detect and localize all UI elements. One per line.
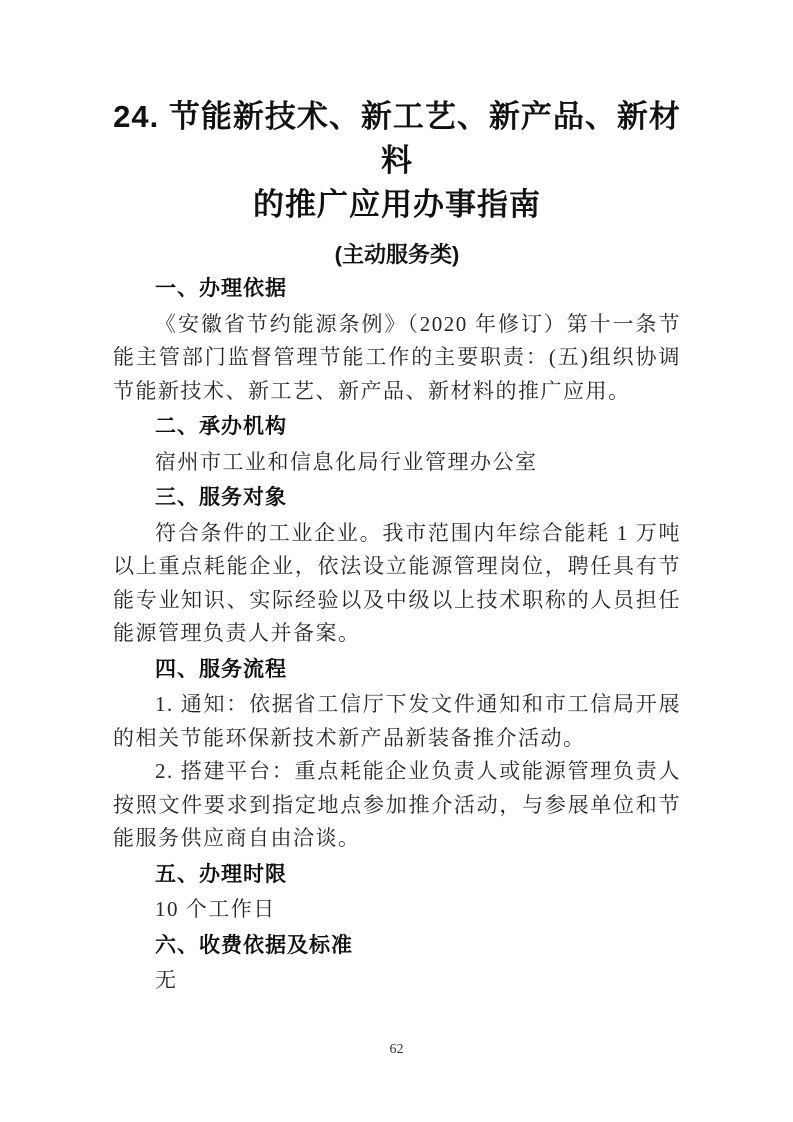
title-line-1: 24. 节能新技术、新工艺、新产品、新材料 bbox=[113, 95, 681, 183]
section-fee-basis-standard: 六、收费依据及标准 无 bbox=[113, 929, 681, 998]
paragraph: 宿州市工业和信息化局行业管理办公室 bbox=[113, 446, 681, 480]
section-time-limit: 五、办理时限 10 个工作日 bbox=[113, 858, 681, 927]
section-undertaking-agency: 二、承办机构 宿州市工业和信息化局行业管理办公室 bbox=[113, 410, 681, 479]
paragraph: 2. 搭建平台：重点耗能企业负责人或能源管理负责人按照文件要求到指定地点参加推介… bbox=[113, 755, 681, 856]
section-service-process: 四、服务流程 1. 通知：依据省工信厅下发文件通知和市工信局开展的相关节能环保新… bbox=[113, 653, 681, 856]
paragraph: 无 bbox=[113, 964, 681, 998]
document-title: 24. 节能新技术、新工艺、新产品、新材料 的推广应用办事指南 bbox=[113, 95, 681, 227]
document-subtitle: (主动服务类) bbox=[113, 240, 681, 270]
paragraph: 《安徽省节约能源条例》（2020 年修订）第十一条节能主管部门监督管理节能工作的… bbox=[113, 308, 681, 409]
document-page: 24. 节能新技术、新工艺、新产品、新材料 的推广应用办事指南 (主动服务类) … bbox=[0, 0, 793, 1122]
section-heading: 五、办理时限 bbox=[113, 858, 681, 892]
section-heading: 一、办理依据 bbox=[113, 272, 681, 306]
title-line-2: 的推广应用办事指南 bbox=[113, 183, 681, 227]
paragraph: 1. 通知：依据省工信厅下发文件通知和市工信局开展的相关节能环保新技术新产品新装… bbox=[113, 688, 681, 755]
paragraph: 10 个工作日 bbox=[113, 893, 681, 927]
section-heading: 四、服务流程 bbox=[113, 653, 681, 687]
document-body: 一、办理依据 《安徽省节约能源条例》（2020 年修订）第十一条节能主管部门监督… bbox=[113, 272, 681, 998]
section-handling-basis: 一、办理依据 《安徽省节约能源条例》（2020 年修订）第十一条节能主管部门监督… bbox=[113, 272, 681, 408]
page-footer: 62 bbox=[0, 1040, 793, 1058]
section-heading: 二、承办机构 bbox=[113, 410, 681, 444]
page-number: 62 bbox=[390, 1042, 404, 1057]
paragraph: 符合条件的工业企业。我市范围内年综合能耗 1 万吨以上重点耗能企业，依法设立能源… bbox=[113, 517, 681, 651]
section-heading: 三、服务对象 bbox=[113, 481, 681, 515]
section-service-target: 三、服务对象 符合条件的工业企业。我市范围内年综合能耗 1 万吨以上重点耗能企业… bbox=[113, 481, 681, 651]
section-heading: 六、收费依据及标准 bbox=[113, 929, 681, 963]
